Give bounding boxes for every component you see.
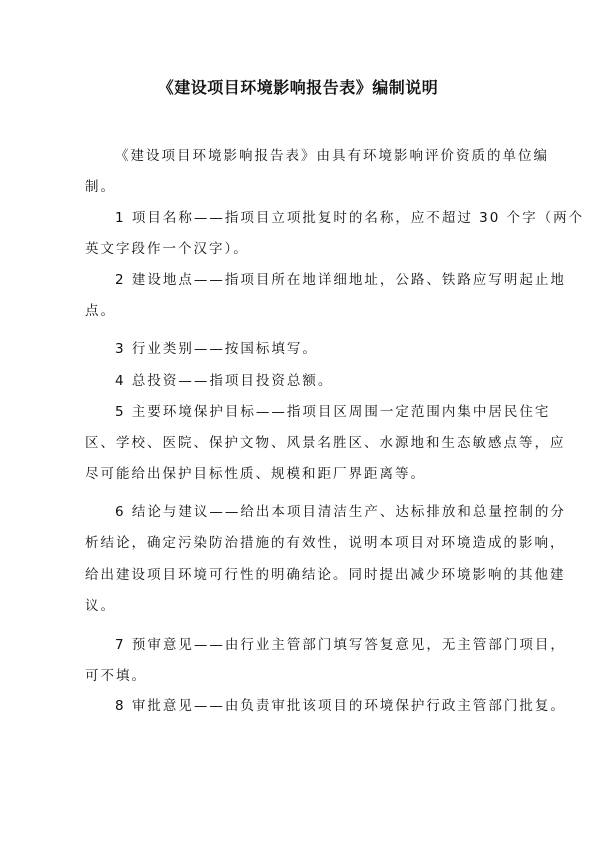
paragraph-line: 5 主要环境保护目标——指项目区周围一定范围内集中居民住宅 [115,402,550,422]
paragraph-line: 1 项目名称——指项目立项批复时的名称，应不超过 30 个字（两个 [115,208,584,228]
paragraph-line: 可不填。 [85,666,147,686]
paragraph-line: 尽可能给出保护目标性质、规模和距厂界距离等。 [85,464,426,484]
paragraph-line: 给出建设项目环境可行性的明确结论。同时提出减少环境影响的其他建 [85,565,566,585]
paragraph-line: 区、学校、医院、保护文物、风景名胜区、水源地和生态敏感点等，应 [85,433,566,453]
paragraph-line: 6 结论与建议——给出本项目清洁生产、达标排放和总量控制的分 [115,502,566,522]
paragraph-line: 7 预审意见——由行业主管部门填写答复意见，无主管部门项目， [115,635,566,655]
paragraph-line: 英文字段作一个汉字）。 [85,239,249,259]
paragraph-line: 点。 [85,301,116,321]
document-title: 《建设项目环境影响报告表》编制说明 [0,77,596,99]
paragraph-line: 议。 [85,596,116,616]
paragraph-line: 3 行业类别——按国标填写。 [115,339,318,359]
paragraph-line: 8 审批意见——由负责审批该项目的环境保护行政主管部门批复。 [115,696,566,716]
paragraph-line: 《建设项目环境影响报告表》由具有环境影响评价资质的单位编 [115,146,549,166]
paragraph-line: 制。 [85,177,116,197]
paragraph-line: 2 建设地点——指项目所在地详细地址，公路、铁路应写明起止地 [115,270,566,290]
paragraph-line: 析结论，确定污染防治措施的有效性，说明本项目对环境造成的影响， [85,533,566,553]
paragraph-line: 4 总投资——指项目投资总额。 [115,371,333,391]
